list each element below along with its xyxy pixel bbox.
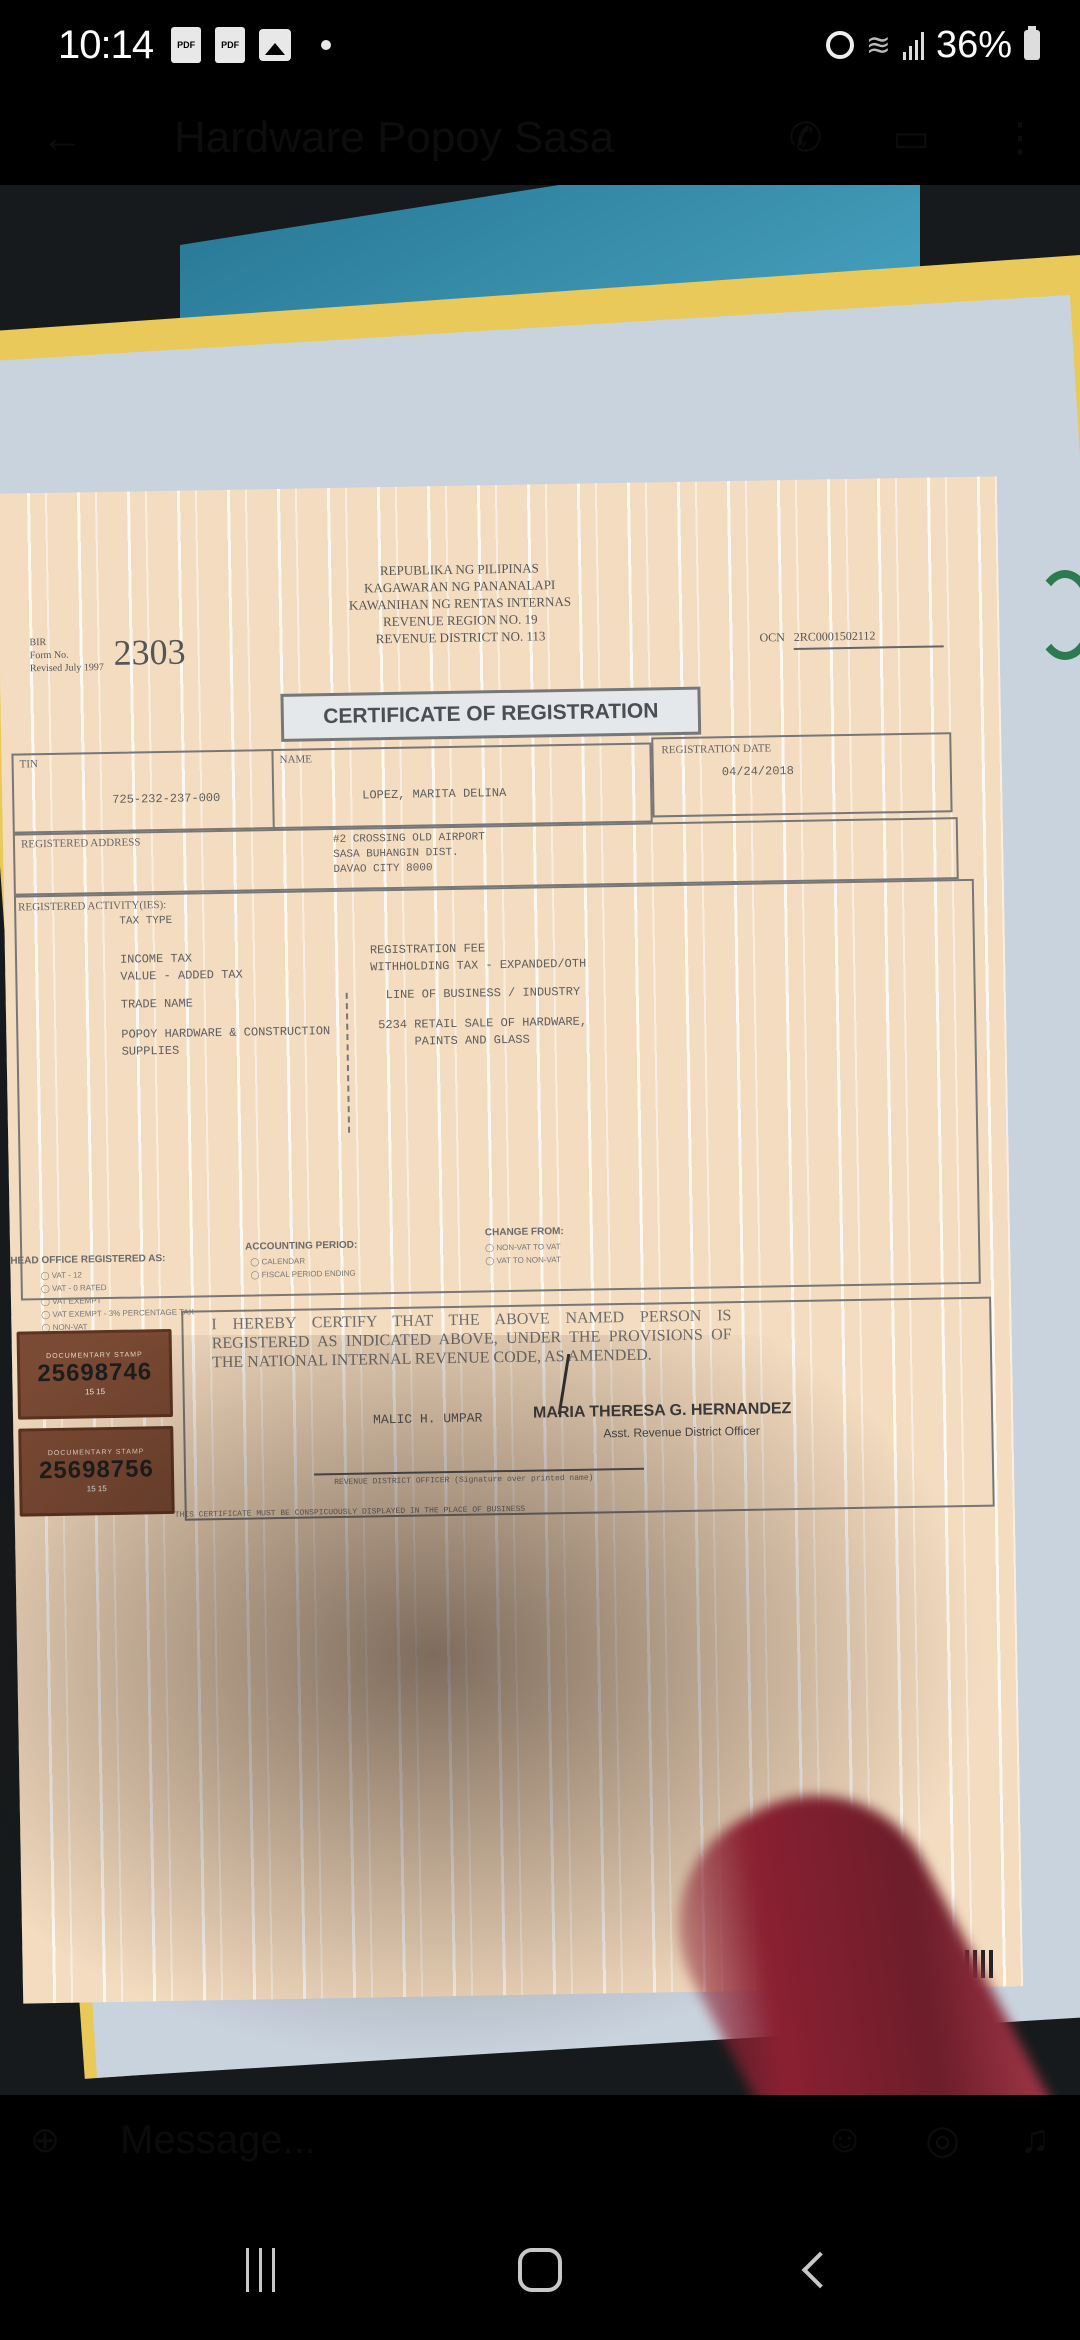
home-icon [518,2248,562,2292]
system-status: ≋ 36% [826,24,1040,67]
line-of-business-label: LINE OF BUSINESS / INDUSTRY [386,984,581,1004]
notification-icons: PDF PDF [171,27,331,63]
signal-icon [903,30,924,60]
chat-actions: ✆ ▭ ⋮ [789,115,1040,161]
form-number-block: BIR Form No. Revised July 1997 2303 [29,631,186,676]
registered-address-value: #2 CROSSING OLD AIRPORT SASA BUHANGIN DI… [333,830,486,878]
form-number: 2303 [113,631,186,674]
trade-name-label: TRADE NAME [121,996,193,1014]
pdf-document-icon: PDF [171,27,201,63]
recent-apps-icon [246,2248,275,2292]
tax-type-label: TAX TYPE [119,913,172,931]
alarm-icon [826,31,854,59]
head-office-options: VAT - 12 VAT - 0 RATED VAT EXEMPT VAT EX… [40,1267,194,1335]
tin-label: TIN [20,758,39,770]
wifi-icon: ≋ [866,28,891,63]
tin-name-box [11,742,652,833]
home-button[interactable] [480,2220,600,2320]
call-icon[interactable]: ✆ [789,115,823,161]
more-options-icon[interactable]: ⋮ [1000,115,1040,161]
back-arrow-icon[interactable]: ← [40,113,84,163]
message-input[interactable]: Message... [120,2118,316,2163]
video-icon[interactable]: ▭ [892,115,930,161]
battery-charging-icon [1024,30,1040,60]
change-from-options: NON-VAT TO VAT VAT TO NON-VAT [485,1240,561,1267]
ocn-value: 2RC0001502112 [794,627,944,650]
photo-viewer-image[interactable]: Republic of the Philippines CITY OF DAVA… [0,185,1080,2095]
trade-name-value: POPOY HARDWARE & CONSTRUCTION SUPPLIES [121,1023,330,1061]
name-label: NAME [279,753,312,766]
accounting-period-options: CALENDAR FISCAL PERIOD ENDING [250,1254,356,1282]
more-notifications-dot-icon [321,40,331,50]
back-icon [802,2252,839,2289]
battery-percent: 36% [936,24,1012,67]
navigation-bar [0,2200,1080,2340]
mic-icon[interactable]: ♫ [1020,2117,1050,2163]
bir-header: REPUBLIKA NG PILIPINAS KAGAWARAN NG PANA… [348,559,572,648]
tin-value: 725-232-237-000 [112,790,220,809]
registration-fee: REGISTRATION FEE WITHHOLDING TAX - EXPAN… [370,939,587,977]
emoji-icon[interactable]: ☺ [824,2117,865,2163]
camera-icon[interactable]: ◎ [925,2117,960,2163]
recent-apps-button[interactable] [200,2220,320,2320]
add-icon[interactable]: ⊕ [30,2119,60,2161]
accounting-period-label: ACCOUNTING PERIOD: [245,1240,357,1253]
registered-address-label: REGISTERED ADDRESS [21,836,141,850]
back-button[interactable] [760,2220,880,2320]
tax-types: INCOME TAX VALUE - ADDED TAX [120,950,243,986]
change-from-label: CHANGE FROM: [485,1226,564,1238]
status-bar: 10:14 PDF PDF ≋ 36% [0,0,1080,90]
registration-date-value: 04/24/2018 [722,763,794,781]
status-time: 10:14 [58,23,153,68]
message-input-bar: ⊕ Message... ☺ ◎ ♫ [0,2095,1080,2185]
name-value: LOPEZ, MARITA DELINA [362,785,506,805]
registration-date-label: REGISTRATION DATE [661,742,771,756]
chat-title: Hardware Popoy Sasa [174,113,614,163]
line-of-business-value: 5234 RETAIL SALE OF HARDWARE, PAINTS AND… [378,1014,587,1052]
ocn: OCN 2RC0001502112 [759,627,944,650]
certificate-title: CERTIFICATE OF REGISTRATION [280,687,701,742]
image-icon [259,29,291,61]
chat-app-bar: ← Hardware Popoy Sasa ✆ ▭ ⋮ [0,90,1080,185]
pdf-icon: PDF [215,27,245,63]
